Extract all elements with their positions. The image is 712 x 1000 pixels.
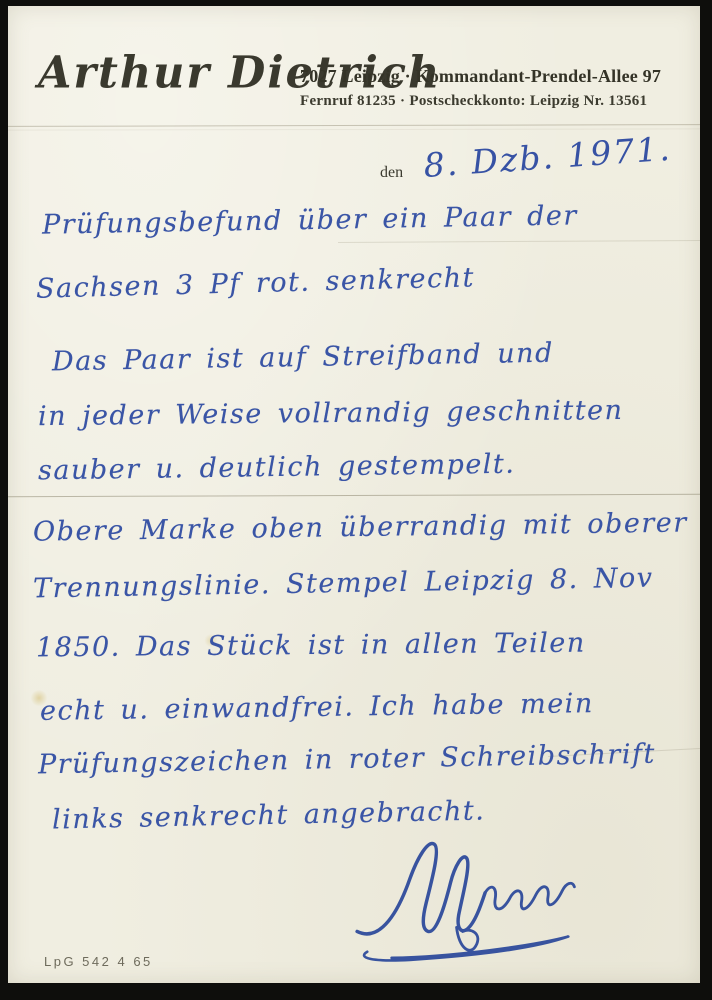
- letterhead-address: 7027 Leipzig · Kommandant-Prendel-Allee …: [300, 66, 661, 110]
- letter-paper: Arthur Dietrich 7027 Leipzig · Kommandan…: [8, 6, 700, 983]
- letterhead-address-line2: Fernruf 81235 · Postscheckkonto: Leipzig…: [300, 93, 661, 110]
- handwriting-line: sauber u. deutlich gestempelt.: [38, 449, 516, 487]
- scanned-letter: { "scan": { "border_color": "#0e0e0c", "…: [0, 0, 712, 1000]
- fold-crease-top-shadow: [8, 128, 700, 130]
- handwriting-line: links senkrecht angebracht.: [52, 795, 486, 835]
- handwriting-line: Prüfungsbefund über ein Paar der: [42, 200, 578, 240]
- date-printed-prefix: den: [380, 164, 403, 182]
- handwritten-date: 8. Dzb. 1971.: [422, 129, 673, 185]
- fold-crease-top: [8, 124, 700, 127]
- date-line: den 8. Dzb. 1971.: [380, 146, 674, 185]
- fold-crease-upper: [338, 240, 700, 243]
- handwriting-line: in jeder Weise vollrandig geschnitten: [38, 395, 624, 432]
- signature-scrawl: [348, 834, 618, 966]
- handwriting-line: Das Paar ist auf Streifband und: [52, 338, 554, 378]
- fold-crease-middle: [8, 494, 700, 497]
- letterhead-address-line1: 7027 Leipzig · Kommandant-Prendel-Allee …: [300, 66, 661, 87]
- handwriting-line: Trennungslinie. Stempel Leipzig 8. Nov: [33, 563, 654, 605]
- print-code: LpG 542 4 65: [44, 954, 153, 969]
- handwriting-line: 1850. Das Stück ist in allen Teilen: [36, 628, 586, 664]
- handwriting-line: Prüfungszeichen in roter Schreibschrift: [38, 739, 656, 781]
- handwriting-line: echt u. einwandfrei. Ich habe mein: [40, 688, 594, 727]
- handwriting-line: Obere Marke oben überrandig mit oberer: [33, 507, 688, 547]
- handwriting-line: Sachsen 3 Pf rot. senkrecht: [36, 262, 476, 304]
